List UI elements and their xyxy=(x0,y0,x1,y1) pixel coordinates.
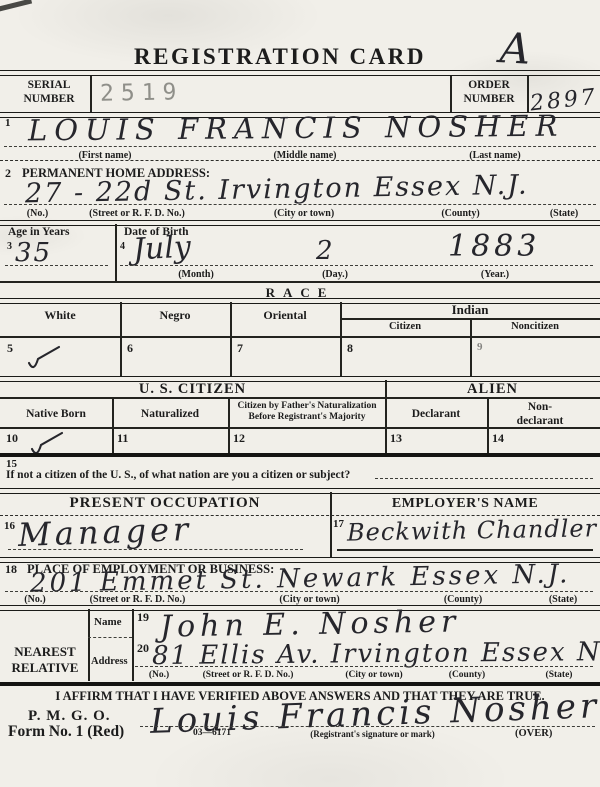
relative-city-label: (City or town) xyxy=(328,670,420,680)
address-write-line xyxy=(4,204,596,205)
occupation-write-line xyxy=(8,549,303,550)
naturalized-label: Naturalized xyxy=(112,408,228,420)
employment-street-label: (Street or R. F. D. No.) xyxy=(70,594,205,605)
occupation-header: PRESENT OCCUPATION xyxy=(0,495,330,512)
line2-rule xyxy=(0,220,600,226)
declarant-label: Declarant xyxy=(385,408,487,420)
address-street-label: (Street or R. F. D. No.) xyxy=(72,208,202,219)
occupation-number: 16 xyxy=(4,520,15,532)
check-mark-icon xyxy=(25,344,65,377)
alien-sub-divider xyxy=(487,397,489,453)
race-negro-number: 6 xyxy=(127,341,133,356)
address-city-label: (City or town) xyxy=(258,208,350,219)
form-number-label: Form No. 1 (Red) xyxy=(8,723,124,741)
non-declarant-label: Non-declarant xyxy=(505,401,575,429)
age-write-line xyxy=(5,265,108,266)
citizen-bottom-rule xyxy=(0,453,600,457)
registration-card: REGISTRATION CARD A SERIAL NUMBER 2519 O… xyxy=(0,0,600,787)
over-label: (OVER) xyxy=(515,728,552,739)
serial-number-value: 2519 xyxy=(100,79,184,106)
dob-month-value: July xyxy=(132,233,191,266)
dob-year-value: 1883 xyxy=(448,232,540,262)
occupation-value: Manager xyxy=(17,513,192,551)
relative-name-label: Name xyxy=(94,616,122,628)
father-naturalization-label: Citizen by Father's Naturalization Befor… xyxy=(232,401,382,424)
name-write-line xyxy=(4,146,596,147)
citizen-col1-divider xyxy=(112,397,114,453)
race-indian-noncitizen-label: Noncitizen xyxy=(470,321,600,332)
nation-question-label: If not a citizen of the U. S., of what n… xyxy=(6,469,350,481)
nation-write-line xyxy=(375,478,593,479)
classification-letter: A xyxy=(499,27,532,71)
employer-header: EMPLOYER'S NAME xyxy=(330,496,600,512)
dob-day-label: (Day.) xyxy=(300,269,370,280)
native-born-number: 10 xyxy=(6,431,18,446)
us-citizen-header: U. S. CITIZEN xyxy=(0,381,385,398)
relative-street-label: (Street or R. F. D. No.) xyxy=(184,670,312,680)
registrant-name: LOUIS FRANCIS NOSHER xyxy=(28,112,565,146)
citizen-cells-rule xyxy=(0,427,600,429)
employer-write-line xyxy=(337,549,593,551)
relative-name-value: John E. Nosher xyxy=(160,607,461,642)
age-label: Age in Years xyxy=(8,226,70,238)
line2-number: 2 xyxy=(5,166,11,181)
relative-inner-divider xyxy=(88,637,132,638)
serial-divider xyxy=(90,76,92,112)
dob-year-label: (Year.) xyxy=(460,269,530,280)
race-top-rule xyxy=(0,281,600,283)
race-citizen-number: 8 xyxy=(347,341,353,356)
employment-county-label: (County) xyxy=(428,594,498,605)
serial-number-label: SERIAL NUMBER xyxy=(10,79,88,107)
employment-city-label: (City or town) xyxy=(262,594,357,605)
father-naturalization-number: 12 xyxy=(233,431,245,446)
dob-number: 4 xyxy=(120,241,125,252)
relative-bottom-rule xyxy=(0,682,600,686)
corner-pen-mark xyxy=(0,0,32,12)
signature-write-line xyxy=(140,726,595,727)
age-value: 35 xyxy=(15,240,52,266)
employment-write-line xyxy=(5,591,593,592)
signature-caption: (Registrant's signature or mark) xyxy=(280,729,465,739)
employment-no-label: (No.) xyxy=(10,594,60,605)
race-oriental-number: 7 xyxy=(237,341,243,356)
check-mark-icon xyxy=(28,430,68,463)
non-declarant-number: 14 xyxy=(492,431,504,446)
race-indian-citizen-label: Citizen xyxy=(340,321,470,332)
naturalized-number: 11 xyxy=(117,431,128,446)
race-noncitizen-number: 9 xyxy=(477,341,483,353)
age-dob-divider xyxy=(115,224,117,282)
relative-divider-2 xyxy=(132,609,134,681)
relative-divider-1 xyxy=(88,609,90,681)
race-white-label: White xyxy=(0,308,120,323)
native-born-label: Native Born xyxy=(0,408,112,420)
employer-number: 17 xyxy=(333,518,344,530)
relative-address-value: 81 Ellis Av. Irvington Essex N.J. xyxy=(152,639,600,669)
indian-sub-divider xyxy=(470,320,472,376)
order-number-label: ORDER NUMBER xyxy=(452,79,526,107)
race-oriental-label: Oriental xyxy=(230,308,340,323)
line15-rule xyxy=(0,488,600,494)
race-indian-label: Indian xyxy=(340,302,600,318)
declarant-number: 13 xyxy=(390,431,402,446)
relative-name-number: 19 xyxy=(137,610,149,625)
page-title: REGISTRATION CARD xyxy=(0,44,560,70)
age-number: 3 xyxy=(7,241,12,252)
dob-write-line xyxy=(120,265,593,266)
relative-address-label: Address xyxy=(91,656,128,667)
print-code: 03—6171 xyxy=(193,728,231,738)
address-state-label: (State) xyxy=(533,208,595,219)
race-white-number: 5 xyxy=(7,341,13,356)
alien-header: ALIEN xyxy=(385,381,600,398)
address-no-label: (No.) xyxy=(10,208,65,219)
race-negro-label: Negro xyxy=(120,308,230,323)
relative-address-number: 20 xyxy=(137,641,149,656)
home-address-value: 27 - 22d St. Irvington Essex N.J. xyxy=(25,172,529,208)
line1-number: 1 xyxy=(5,117,11,129)
relative-state-label: (State) xyxy=(528,670,590,680)
relative-county-label: (County) xyxy=(432,670,502,680)
line18-number: 18 xyxy=(5,562,17,577)
line1-rule xyxy=(0,160,600,161)
employment-state-label: (State) xyxy=(533,594,593,605)
citizen-header-rule xyxy=(0,397,600,399)
relative-write-line xyxy=(135,666,593,667)
relative-no-label: (No.) xyxy=(138,670,180,680)
nearest-relative-label: NEAREST RELATIVE xyxy=(4,644,86,675)
race-cells-rule xyxy=(0,336,600,338)
address-county-label: (County) xyxy=(428,208,493,219)
dob-day-value: 2 xyxy=(316,238,333,264)
citizen-col2-divider xyxy=(228,397,230,453)
dob-month-label: (Month) xyxy=(156,269,236,280)
employer-value: Beckwith Chandler Co. xyxy=(347,515,600,544)
